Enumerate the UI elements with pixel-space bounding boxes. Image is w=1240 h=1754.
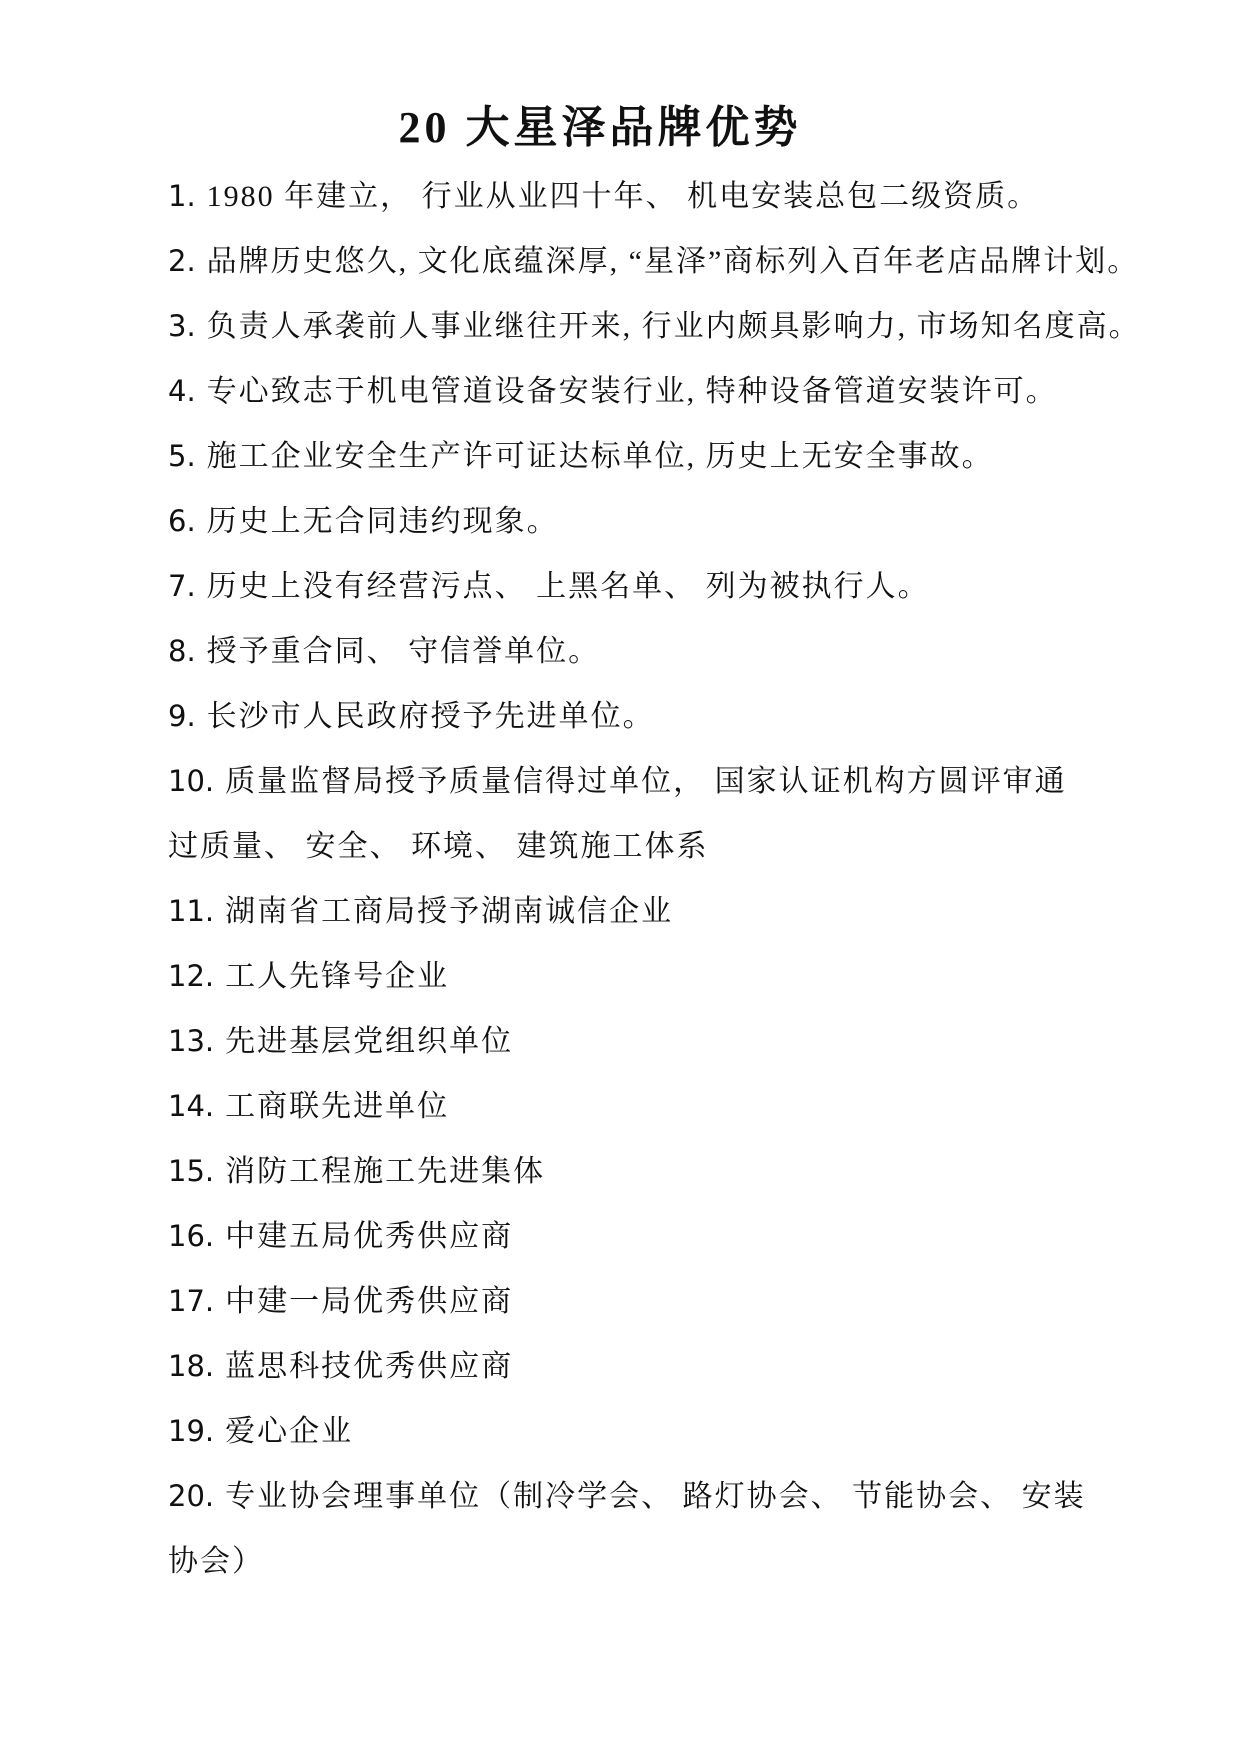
item-text: 专心致志于机电管道设备安装行业, 特种设备管道安装许可。 [207,375,1058,408]
item-text: 品牌历史悠久, 文化底蕴深厚, “星泽”商标列入百年老店品牌计划。 [207,245,1140,278]
list-item: 3.负责人承袭前人事业继往开来, 行业内颇具影响力, 市场知名度高。 [168,294,1180,359]
list-item: 18.蓝思科技优秀供应商 [168,1334,1180,1399]
item-number: 12. [168,944,214,1009]
item-number: 8. [168,619,196,684]
list-item-continuation: 协会） [168,1529,1180,1594]
item-number: 10. [168,749,214,814]
list-item: 19.爱心企业 [168,1399,1180,1464]
item-number: 13. [168,1009,214,1074]
list-item: 7.历史上没有经营污点、 上黑名单、 列为被执行人。 [168,554,1180,619]
list-item: 5.施工企业安全生产许可证达标单位, 历史上无安全事故。 [168,424,1180,489]
item-number: 1. [168,164,196,229]
item-number: 18. [168,1334,214,1399]
list-item: 16.中建五局优秀供应商 [168,1204,1180,1269]
item-text: 负责人承袭前人事业继往开来, 行业内颇具影响力, 市场知名度高。 [207,310,1141,343]
list-item-continuation: 过质量、 安全、 环境、 建筑施工体系 [168,814,1180,879]
item-text: 长沙市人民政府授予先进单位。 [207,700,655,733]
item-text: 工商联先进单位 [225,1090,449,1123]
item-number: 5. [168,424,196,489]
item-number: 20. [168,1464,214,1529]
list-item: 6.历史上无合同违约现象。 [168,489,1180,554]
list-item: 12.工人先锋号企业 [168,944,1180,1009]
item-text: 历史上没有经营污点、 上黑名单、 列为被执行人。 [207,570,930,603]
item-text: 协会） [168,1545,264,1578]
advantages-list: 1.1980 年建立， 行业从业四十年、 机电安装总包二级资质。2.品牌历史悠久… [0,164,1240,1594]
document-page: 20 大星泽品牌优势 1.1980 年建立， 行业从业四十年、 机电安装总包二级… [0,0,1240,1754]
item-number: 9. [168,684,196,749]
list-item: 14.工商联先进单位 [168,1074,1180,1139]
list-item: 11.湖南省工商局授予湖南诚信企业 [168,879,1180,944]
item-text: 施工企业安全生产许可证达标单位, 历史上无安全事故。 [207,440,994,473]
list-item: 8.授予重合同、 守信誉单位。 [168,619,1180,684]
list-item: 10.质量监督局授予质量信得过单位， 国家认证机构方圆评审通 [168,749,1180,814]
item-number: 14. [168,1074,214,1139]
list-item: 13.先进基层党组织单位 [168,1009,1180,1074]
item-number: 11. [168,879,214,944]
item-text: 先进基层党组织单位 [225,1025,513,1058]
item-text: 蓝思科技优秀供应商 [225,1350,513,1383]
item-number: 4. [168,359,196,424]
list-item: 17.中建一局优秀供应商 [168,1269,1180,1334]
item-text: 过质量、 安全、 环境、 建筑施工体系 [168,830,709,863]
list-item: 1.1980 年建立， 行业从业四十年、 机电安装总包二级资质。 [168,164,1180,229]
list-item: 20.专业协会理事单位（制冷学会、 路灯协会、 节能协会、 安装 [168,1464,1180,1529]
item-text: 1980 年建立， 行业从业四十年、 机电安装总包二级资质。 [207,180,1040,213]
item-number: 19. [168,1399,214,1464]
item-text: 爱心企业 [225,1415,353,1448]
item-number: 16. [168,1204,214,1269]
item-number: 3. [168,294,196,359]
page-title: 20 大星泽品牌优势 [0,0,1220,154]
item-text: 消防工程施工先进集体 [225,1155,545,1188]
item-text: 专业协会理事单位（制冷学会、 路灯协会、 节能协会、 安装 [225,1480,1086,1513]
item-number: 17. [168,1269,214,1334]
list-item: 4.专心致志于机电管道设备安装行业, 特种设备管道安装许可。 [168,359,1180,424]
item-text: 授予重合同、 守信誉单位。 [207,635,601,668]
list-item: 2.品牌历史悠久, 文化底蕴深厚, “星泽”商标列入百年老店品牌计划。 [168,229,1180,294]
item-text: 中建一局优秀供应商 [225,1285,513,1318]
item-number: 2. [168,229,196,294]
item-text: 湖南省工商局授予湖南诚信企业 [225,895,673,928]
item-number: 15. [168,1139,214,1204]
item-text: 质量监督局授予质量信得过单位， 国家认证机构方圆评审通 [225,765,1067,798]
item-number: 7. [168,554,196,619]
item-text: 工人先锋号企业 [225,960,449,993]
item-number: 6. [168,489,196,554]
item-text: 历史上无合同违约现象。 [207,505,559,538]
item-text: 中建五局优秀供应商 [225,1220,513,1253]
list-item: 9.长沙市人民政府授予先进单位。 [168,684,1180,749]
list-item: 15.消防工程施工先进集体 [168,1139,1180,1204]
